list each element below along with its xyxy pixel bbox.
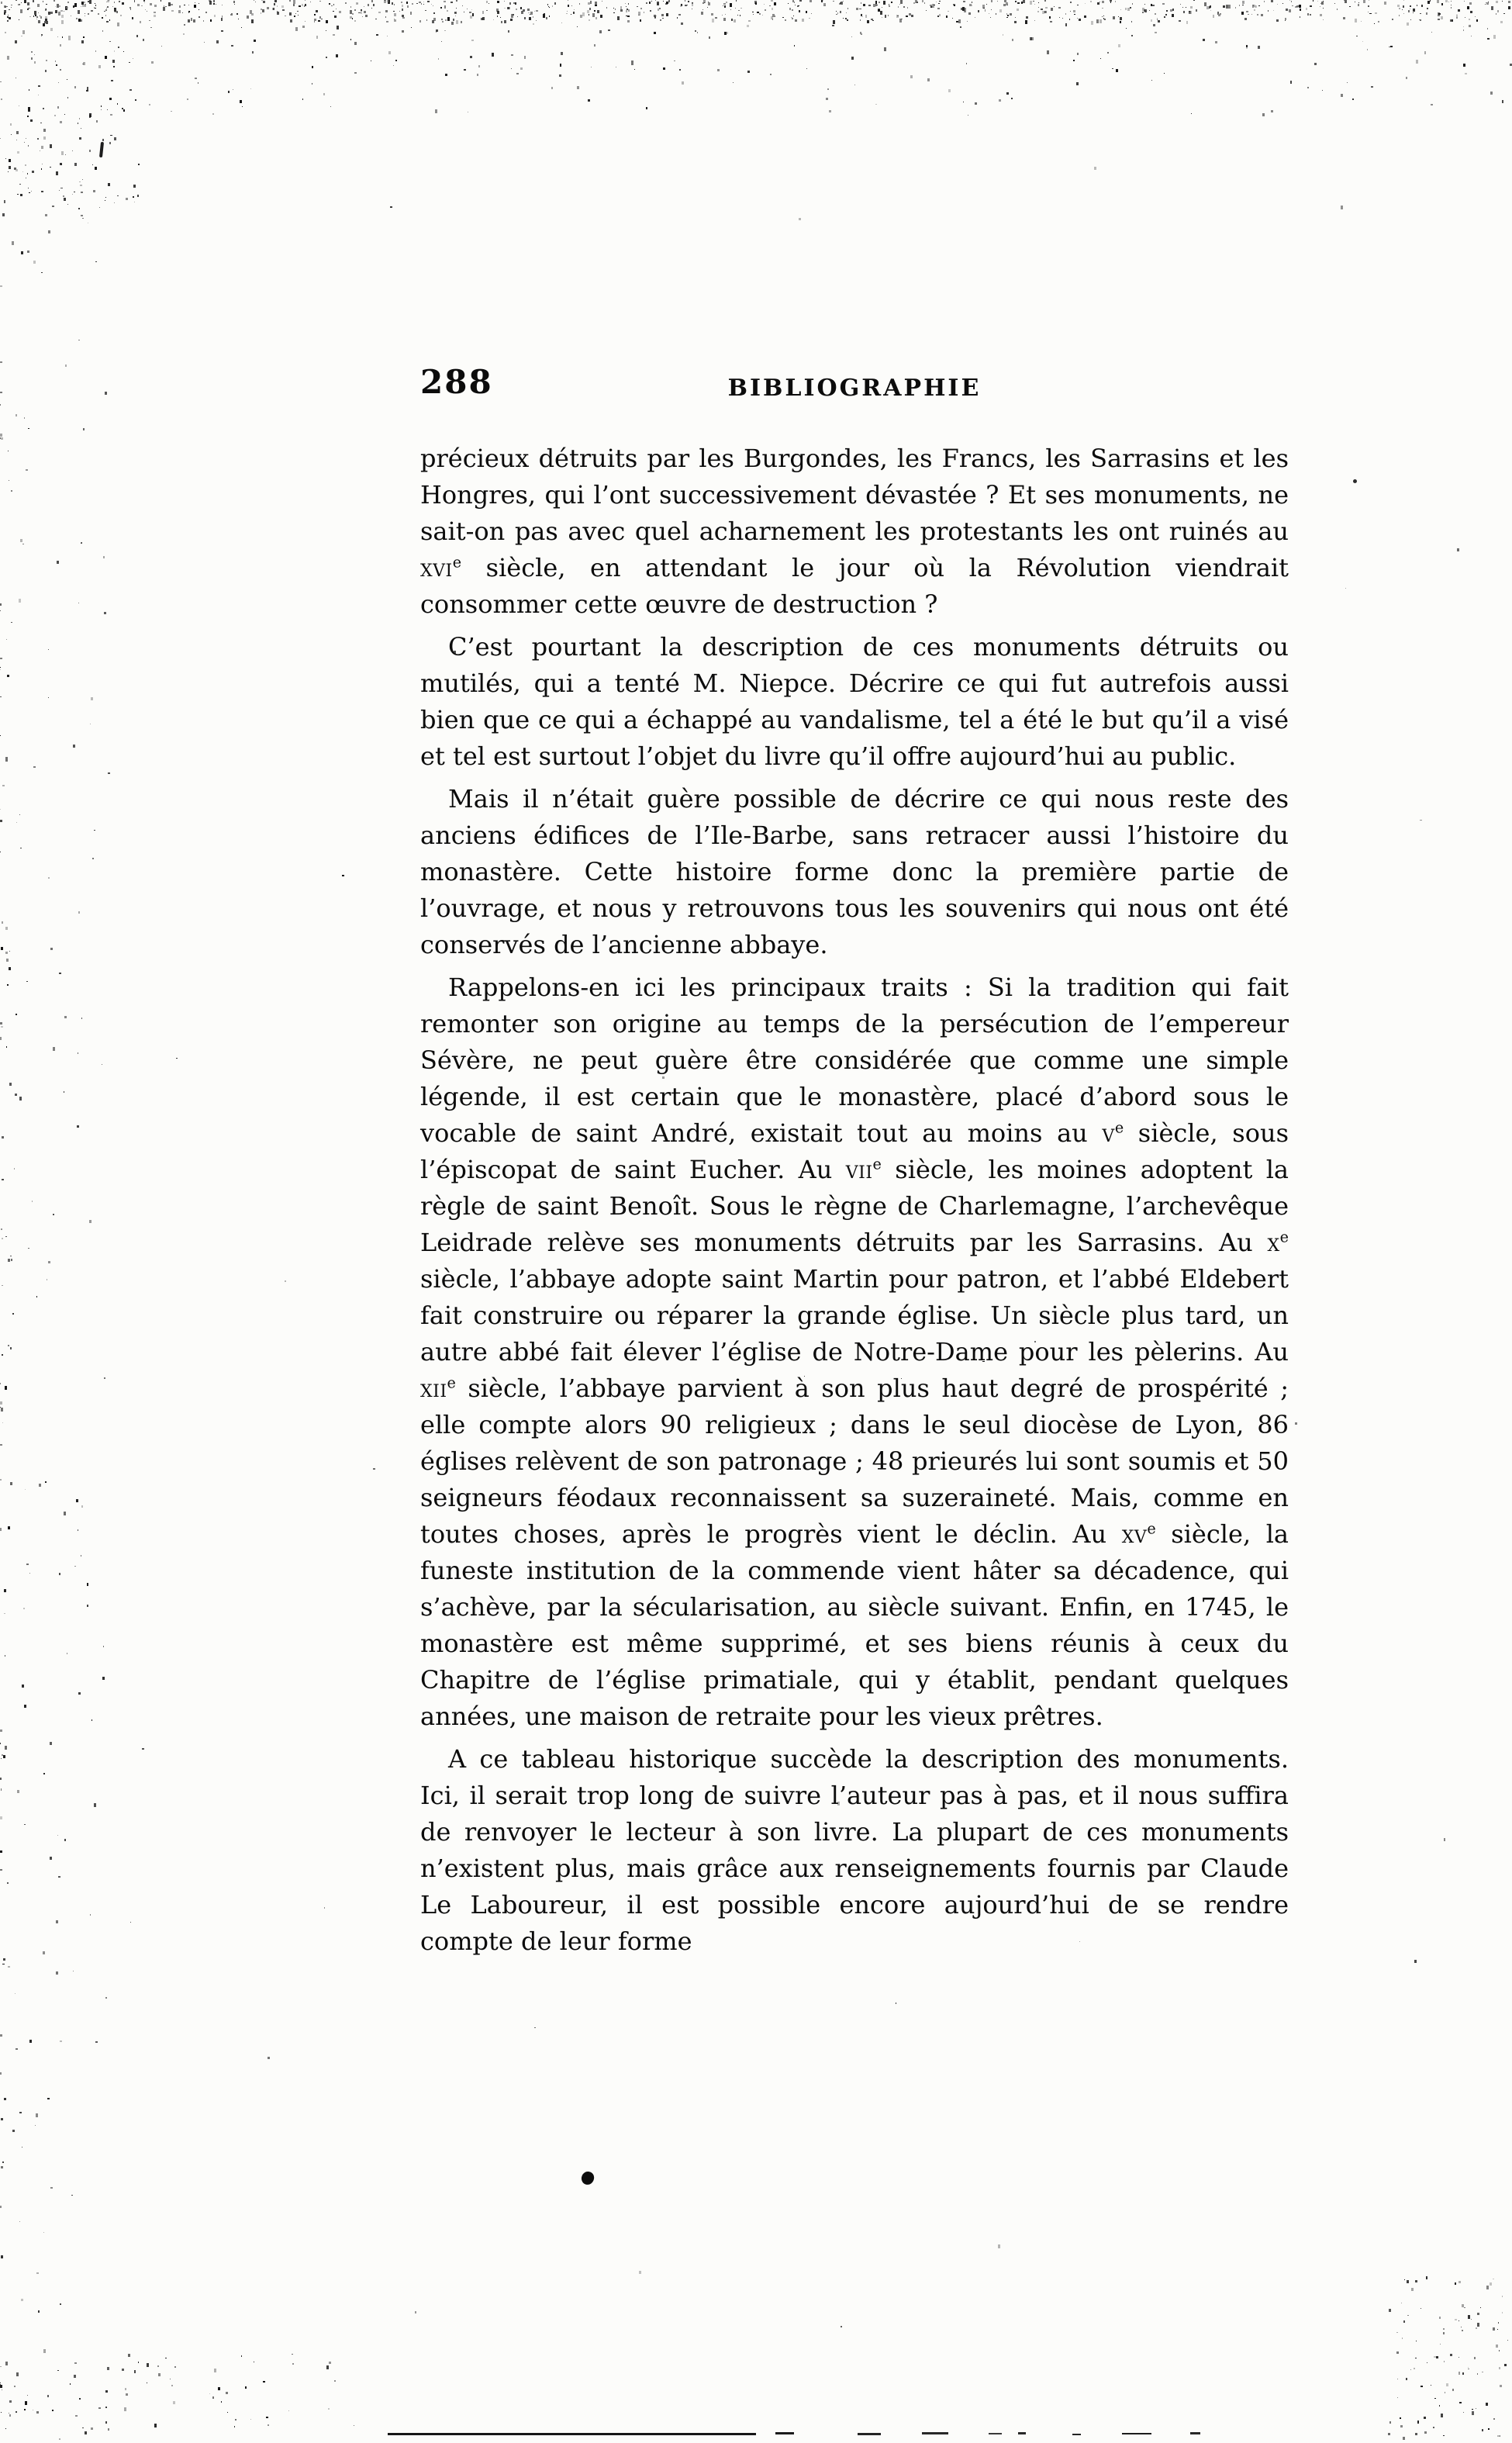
scanned-book-page: 288 BIBLIOGRAPHIE précieux détruits par … <box>0 0 1512 2443</box>
paragraph: Rappelons-en ici les principaux traits :… <box>420 969 1289 1735</box>
paragraph-continuation: précieux détruits par les Burgondes, les… <box>420 441 1289 623</box>
ink-blot <box>580 2171 595 2186</box>
scan-mark-dot <box>1353 479 1357 483</box>
paragraph: C’est pourtant la description de ces mon… <box>420 629 1289 775</box>
scan-mark-tick <box>99 142 104 157</box>
running-head-title: BIBLIOGRAPHIE <box>420 377 1289 400</box>
text-block: précieux détruits par les Burgondes, les… <box>420 441 1289 1966</box>
paragraph: Mais il n’était guère possible de décrir… <box>420 781 1289 963</box>
paragraph: A ce tableau historique succède la descr… <box>420 1741 1289 1960</box>
scan-edge-line <box>388 2433 756 2435</box>
